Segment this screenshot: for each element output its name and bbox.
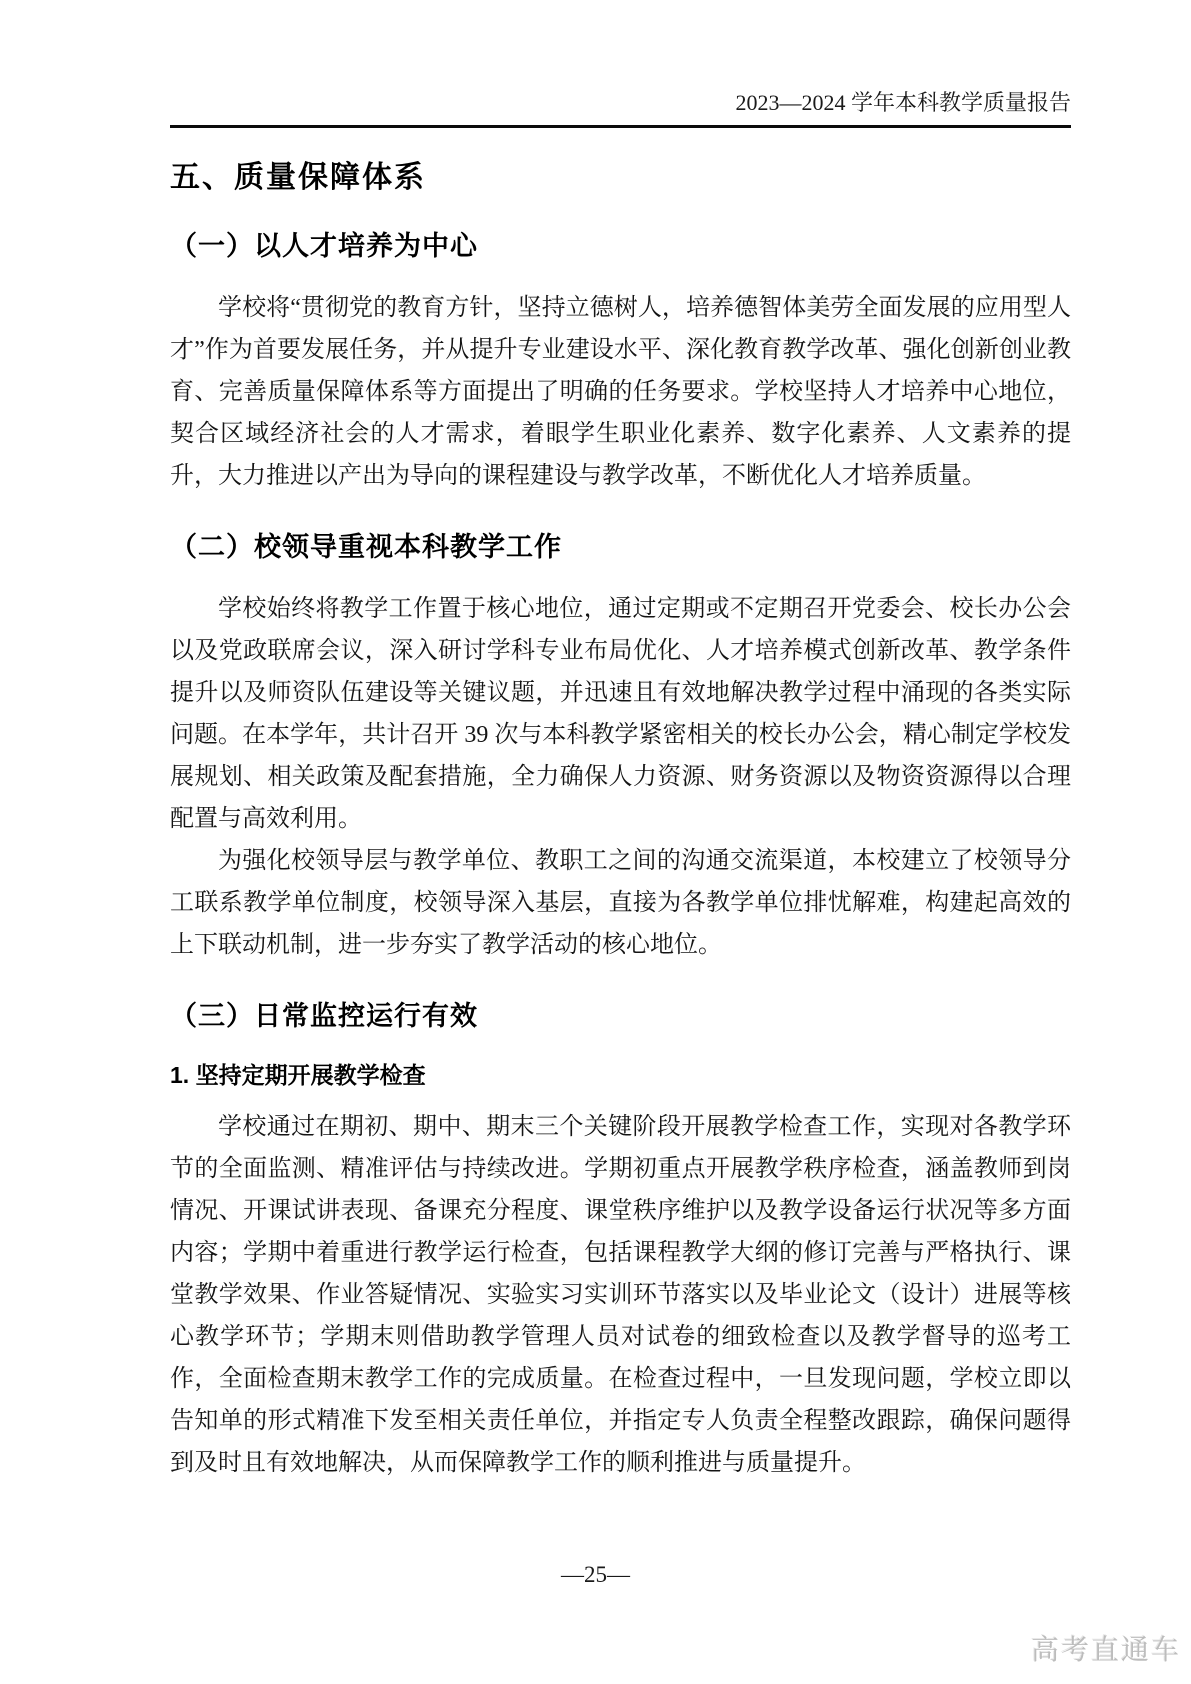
paragraph-leadership-liaison: 为强化校领导层与教学单位、教职工之间的沟通交流渠道，本校建立了校领导分工联系教学… — [170, 840, 1071, 966]
running-header-title: 2023—2024 学年本科教学质量报告 — [735, 90, 1071, 115]
paragraph-talent-center: 学校将“贯彻党的教育方针，坚持立德树人，培养德智体美劳全面发展的应用型人才”作为… — [170, 287, 1071, 497]
page-content: 2023—2024 学年本科教学质量报告 五、质量保障体系 （一）以人才培养为中… — [170, 0, 1071, 1484]
section-heading-3: （三）日常监控运行有效 — [170, 994, 1071, 1033]
watermark-gaokao-express: 高考直通车 — [1031, 1628, 1181, 1668]
page-number: —25— — [561, 1562, 630, 1587]
sub-heading-teaching-inspection: 1. 坚持定期开展教学检查 — [170, 1057, 1071, 1090]
document-page: 2023—2024 学年本科教学质量报告 五、质量保障体系 （一）以人才培养为中… — [0, 0, 1191, 1684]
page-footer: —25— — [0, 1562, 1191, 1588]
paragraph-teaching-inspection: 学校通过在期初、期中、期末三个关键阶段开展教学检查工作，实现对各教学环节的全面监… — [170, 1106, 1071, 1484]
header-rule — [170, 125, 1071, 128]
section-heading-2: （二）校领导重视本科教学工作 — [170, 525, 1071, 564]
running-header: 2023—2024 学年本科教学质量报告 — [170, 0, 1071, 117]
section-heading-1: （一）以人才培养为中心 — [170, 224, 1071, 263]
paragraph-leadership-meetings: 学校始终将教学工作置于核心地位，通过定期或不定期召开党委会、校长办公会以及党政联… — [170, 588, 1071, 840]
chapter-title: 五、质量保障体系 — [170, 152, 1071, 196]
